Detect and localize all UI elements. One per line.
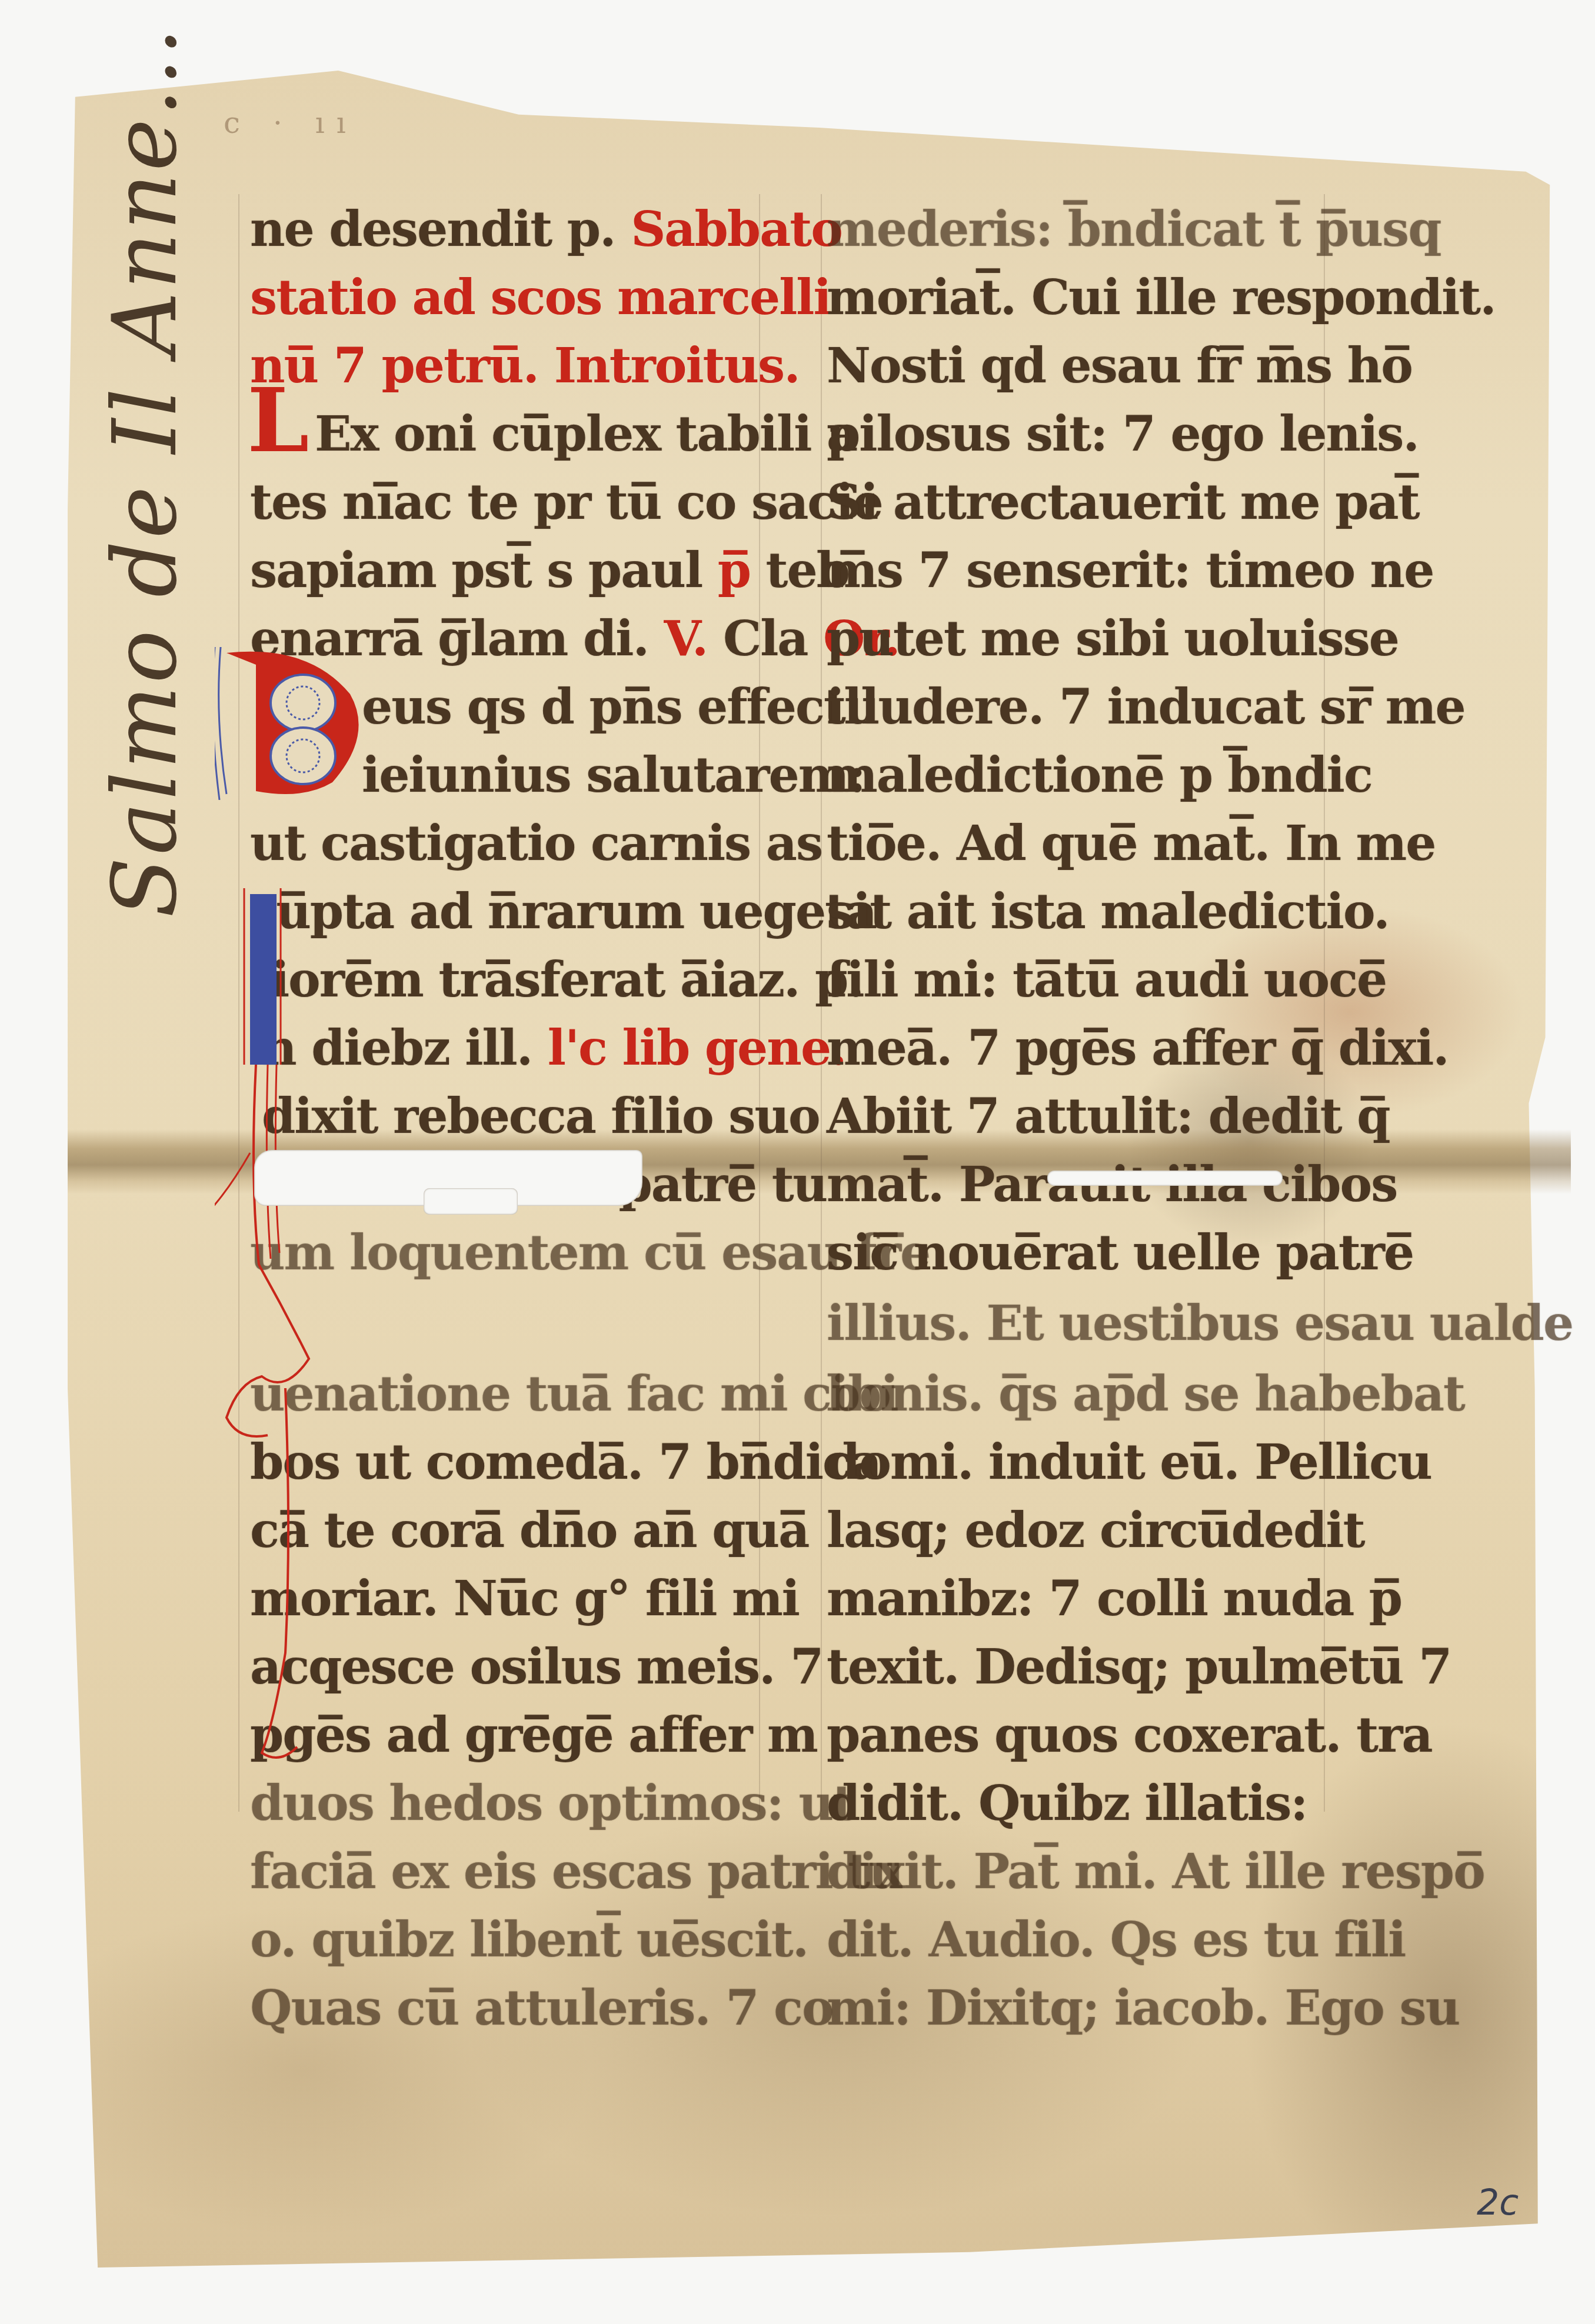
text-line: ut castigatio carnis as bbox=[250, 814, 822, 873]
text-line: mea̅. 7 pge̅s affer q̅ dixi. bbox=[827, 1019, 1449, 1078]
initial-L: L bbox=[247, 376, 309, 465]
text-line: moriat̅. Cui ille respondit. bbox=[827, 268, 1496, 327]
text-line: tes ni̅ac te pr tu̅ co sacie bbox=[250, 473, 883, 532]
text-line: lasq; edoz circu̅dedit bbox=[827, 1501, 1364, 1560]
text-line: eus qs d pn̅s effectu bbox=[362, 678, 878, 736]
margin-inscription: Salmo de Il Anne... ḡnah bbox=[94, 0, 197, 918]
text-line: maledictione̅ p b̅ndic bbox=[827, 746, 1372, 805]
text-line: sit ait ista maledictio. bbox=[827, 882, 1389, 941]
text-line: domi. induit eu̅. Pellicu bbox=[827, 1433, 1431, 1492]
text-line: Nosti qd esau fr̅ m̅s ho̅ bbox=[827, 336, 1412, 395]
text-line: manibz: 7 colli nuda p̅ bbox=[827, 1569, 1401, 1628]
text-line: su̅pta ad n̅rarum uegeta bbox=[250, 882, 876, 941]
initial-D-decorated bbox=[215, 647, 374, 800]
text-line: Ex oni cu̅plex tabili a bbox=[315, 405, 857, 464]
hole-left-column-notch bbox=[424, 1188, 518, 1215]
text-line: ne desendit p. Sabbato bbox=[250, 200, 842, 259]
text-line: ca̅ te cora̅ dn̅o an̅ qua̅ bbox=[250, 1501, 808, 1560]
rubric-line: statio ad scos marcelli bbox=[250, 268, 831, 327]
right-column: mederis: b̅ndicat t̅ p̅usq moriat̅. Cui … bbox=[827, 200, 1344, 1906]
text-line: dixit. Pat̅ mi. At ille respo̅ bbox=[827, 1842, 1484, 1901]
text-line: dit. Audio. Qs es tu fili bbox=[827, 1910, 1405, 1969]
text-line: pilosus sit: 7 ego lenis. bbox=[827, 405, 1418, 464]
text-line: panes quos coxerat. tra bbox=[827, 1706, 1432, 1765]
text-line: didit. Quibz illatis: bbox=[827, 1774, 1307, 1833]
text-line: Quas cu̅ attuleris. 7 co bbox=[250, 1979, 833, 2038]
text-line: putet me sibi uoluisse bbox=[827, 609, 1398, 668]
text-line: acqesce osilus meis. 7 bbox=[250, 1638, 823, 1696]
text-line: sapiam pst̅ s paul p̅ teb bbox=[250, 541, 849, 600]
text-line: bos ut comeda̅. 7 bn̅dica bbox=[250, 1433, 881, 1492]
text-line: mederis: b̅ndicat t̅ p̅usq bbox=[827, 200, 1441, 259]
text-line: dixit rebecca filio suo bbox=[262, 1087, 820, 1146]
initial-I-flourish-icon bbox=[215, 888, 332, 1770]
text-line: bonis. q̅s ap̅d se habebat bbox=[827, 1365, 1464, 1423]
text-line: pge̅s ad gre̅ge̅ affer m bbox=[250, 1706, 817, 1765]
text-line: Abiit 7 attulit: dedit q̅ bbox=[827, 1087, 1390, 1146]
initial-D-penwork-icon bbox=[215, 647, 374, 800]
hole-right-column bbox=[1047, 1171, 1283, 1186]
text-line: Si attrectauerit me pat̅ bbox=[827, 473, 1419, 532]
text-line: texit. Dedisq; pulme̅tu̅ 7 bbox=[827, 1638, 1451, 1696]
folio-number: 2c bbox=[1477, 2182, 1519, 2223]
text-line: tio̅e. Ad que̅ mat̅. In me bbox=[827, 814, 1436, 873]
text-line: ieiunius salutarem: bbox=[362, 746, 865, 805]
text-line: illius. Et uestibus esau ualde bbox=[827, 1294, 1573, 1353]
text-line: facia̅ ex eis escas patri tu bbox=[250, 1842, 903, 1901]
rubric-line: nu̅ 7 petru̅. Introitus. bbox=[250, 336, 800, 395]
top-margin-marks: c · ıı bbox=[224, 106, 358, 140]
text-line: sic̅ noue̅rat uelle patre̅ bbox=[827, 1223, 1413, 1282]
text-line: n diebz ill. l'c lib gene. bbox=[262, 1019, 846, 1078]
text-line: mi: Dixitq; iacob. Ego su bbox=[827, 1979, 1459, 2038]
text-line: tiore̅m tra̅sferat a̅iaz. p. bbox=[250, 951, 863, 1009]
text-line: fili mi: ta̅tu̅ audi uoce̅ bbox=[827, 951, 1386, 1009]
text-line: m̅s 7 senserit: timeo ne bbox=[827, 541, 1433, 600]
text-line: illudere. 7 inducat sr̅ me bbox=[827, 678, 1465, 736]
text-line: o. quibz libent̅ ue̅scit. bbox=[250, 1910, 808, 1969]
text-line: duos hedos optimos: ut bbox=[250, 1774, 854, 1833]
initial-I-decorated bbox=[215, 888, 332, 1770]
text-line: uenatione tua̅ fac mi cibi bbox=[250, 1365, 898, 1423]
